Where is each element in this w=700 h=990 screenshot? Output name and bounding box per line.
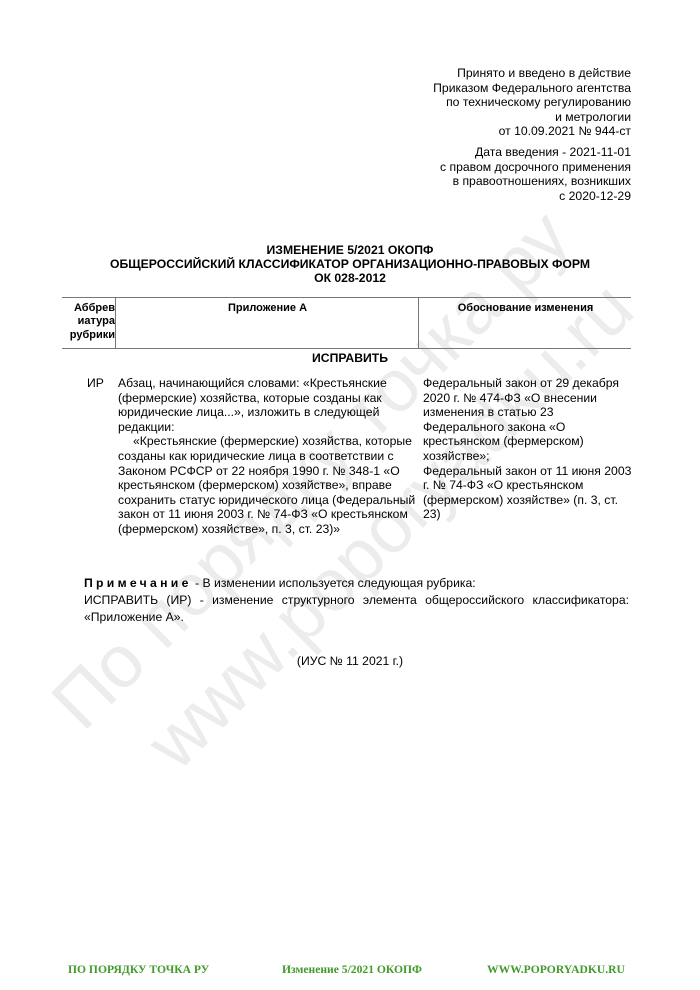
note-label: Примечание bbox=[84, 576, 192, 590]
note-line-1: Примечание - В изменении используется сл… bbox=[84, 575, 629, 592]
section-label-correct: ИСПРАВИТЬ bbox=[0, 351, 700, 365]
ius-reference: (ИУС № 11 2021 г.) bbox=[0, 654, 700, 668]
title-line-3: ОК 028-2012 bbox=[0, 271, 700, 285]
row-abbreviation: ИР bbox=[87, 376, 104, 391]
header-abbr-line: иатура bbox=[62, 315, 115, 328]
header-abbr-line: Аббрев bbox=[62, 302, 115, 315]
date-line: с правом досрочного применения bbox=[440, 160, 631, 175]
approval-line: Принято и введено в действие bbox=[433, 66, 631, 81]
effective-dates-block: Дата введения - 2021-11-01 с правом доср… bbox=[440, 145, 631, 203]
change-new-wording: «Крестьянские (фермерские) хозяйства, ко… bbox=[118, 434, 418, 536]
approval-line: по техническому регулированию bbox=[433, 95, 631, 110]
header-appendix: Приложение А bbox=[117, 298, 419, 348]
basis-law-1: Федеральный закон от 29 декабря 2020 г. … bbox=[423, 376, 638, 464]
approval-line: Приказом Федерального агентства bbox=[433, 81, 631, 96]
footer-left: ПО ПОРЯДКУ ТОЧКА РУ bbox=[68, 963, 209, 976]
date-line: Дата введения - 2021-11-01 bbox=[440, 145, 631, 160]
approval-line: и метрологии bbox=[433, 110, 631, 125]
note-line-3: «Приложение А». bbox=[84, 609, 629, 626]
document-title: ИЗМЕНЕНИЕ 5/2021 ОКОПФ ОБЩЕРОССИЙСКИЙ КЛ… bbox=[0, 243, 700, 286]
date-line: с 2020-12-29 bbox=[440, 189, 631, 204]
change-intro: Абзац, начинающийся словами: «Крестьянск… bbox=[118, 376, 418, 434]
header-basis: Обоснование изменения bbox=[420, 298, 631, 348]
change-table-header: Аббрев иатура рубрики Приложение А Обосн… bbox=[62, 297, 631, 349]
date-line: в правоотношениях, возникших bbox=[440, 174, 631, 189]
approval-block: Принято и введено в действие Приказом Фе… bbox=[433, 66, 631, 139]
title-line-1: ИЗМЕНЕНИЕ 5/2021 ОКОПФ bbox=[0, 243, 700, 257]
basis-law-2: Федеральный закон от 11 июня 2003 г. № 7… bbox=[423, 464, 638, 522]
note-block: Примечание - В изменении используется сл… bbox=[84, 575, 629, 627]
row-basis: Федеральный закон от 29 декабря 2020 г. … bbox=[423, 376, 638, 522]
note-line-1-text: - В изменении используется следующая руб… bbox=[192, 576, 476, 590]
title-line-2: ОБЩЕРОССИЙСКИЙ КЛАССИФИКАТОР ОРГАНИЗАЦИО… bbox=[0, 257, 700, 271]
approval-line: от 10.09.2021 № 944-ст bbox=[433, 124, 631, 139]
note-line-2: ИСПРАВИТЬ (ИР) - изменение структурного … bbox=[84, 592, 629, 609]
footer-right-link[interactable]: WWW.POPORYADKU.RU bbox=[487, 963, 625, 976]
row-change-text: Абзац, начинающийся словами: «Крестьянск… bbox=[118, 376, 418, 537]
header-abbr-line: рубрики bbox=[62, 329, 115, 342]
footer-center: Изменение 5/2021 ОКОПФ bbox=[282, 963, 422, 976]
header-abbreviation: Аббрев иатура рубрики bbox=[62, 298, 116, 348]
